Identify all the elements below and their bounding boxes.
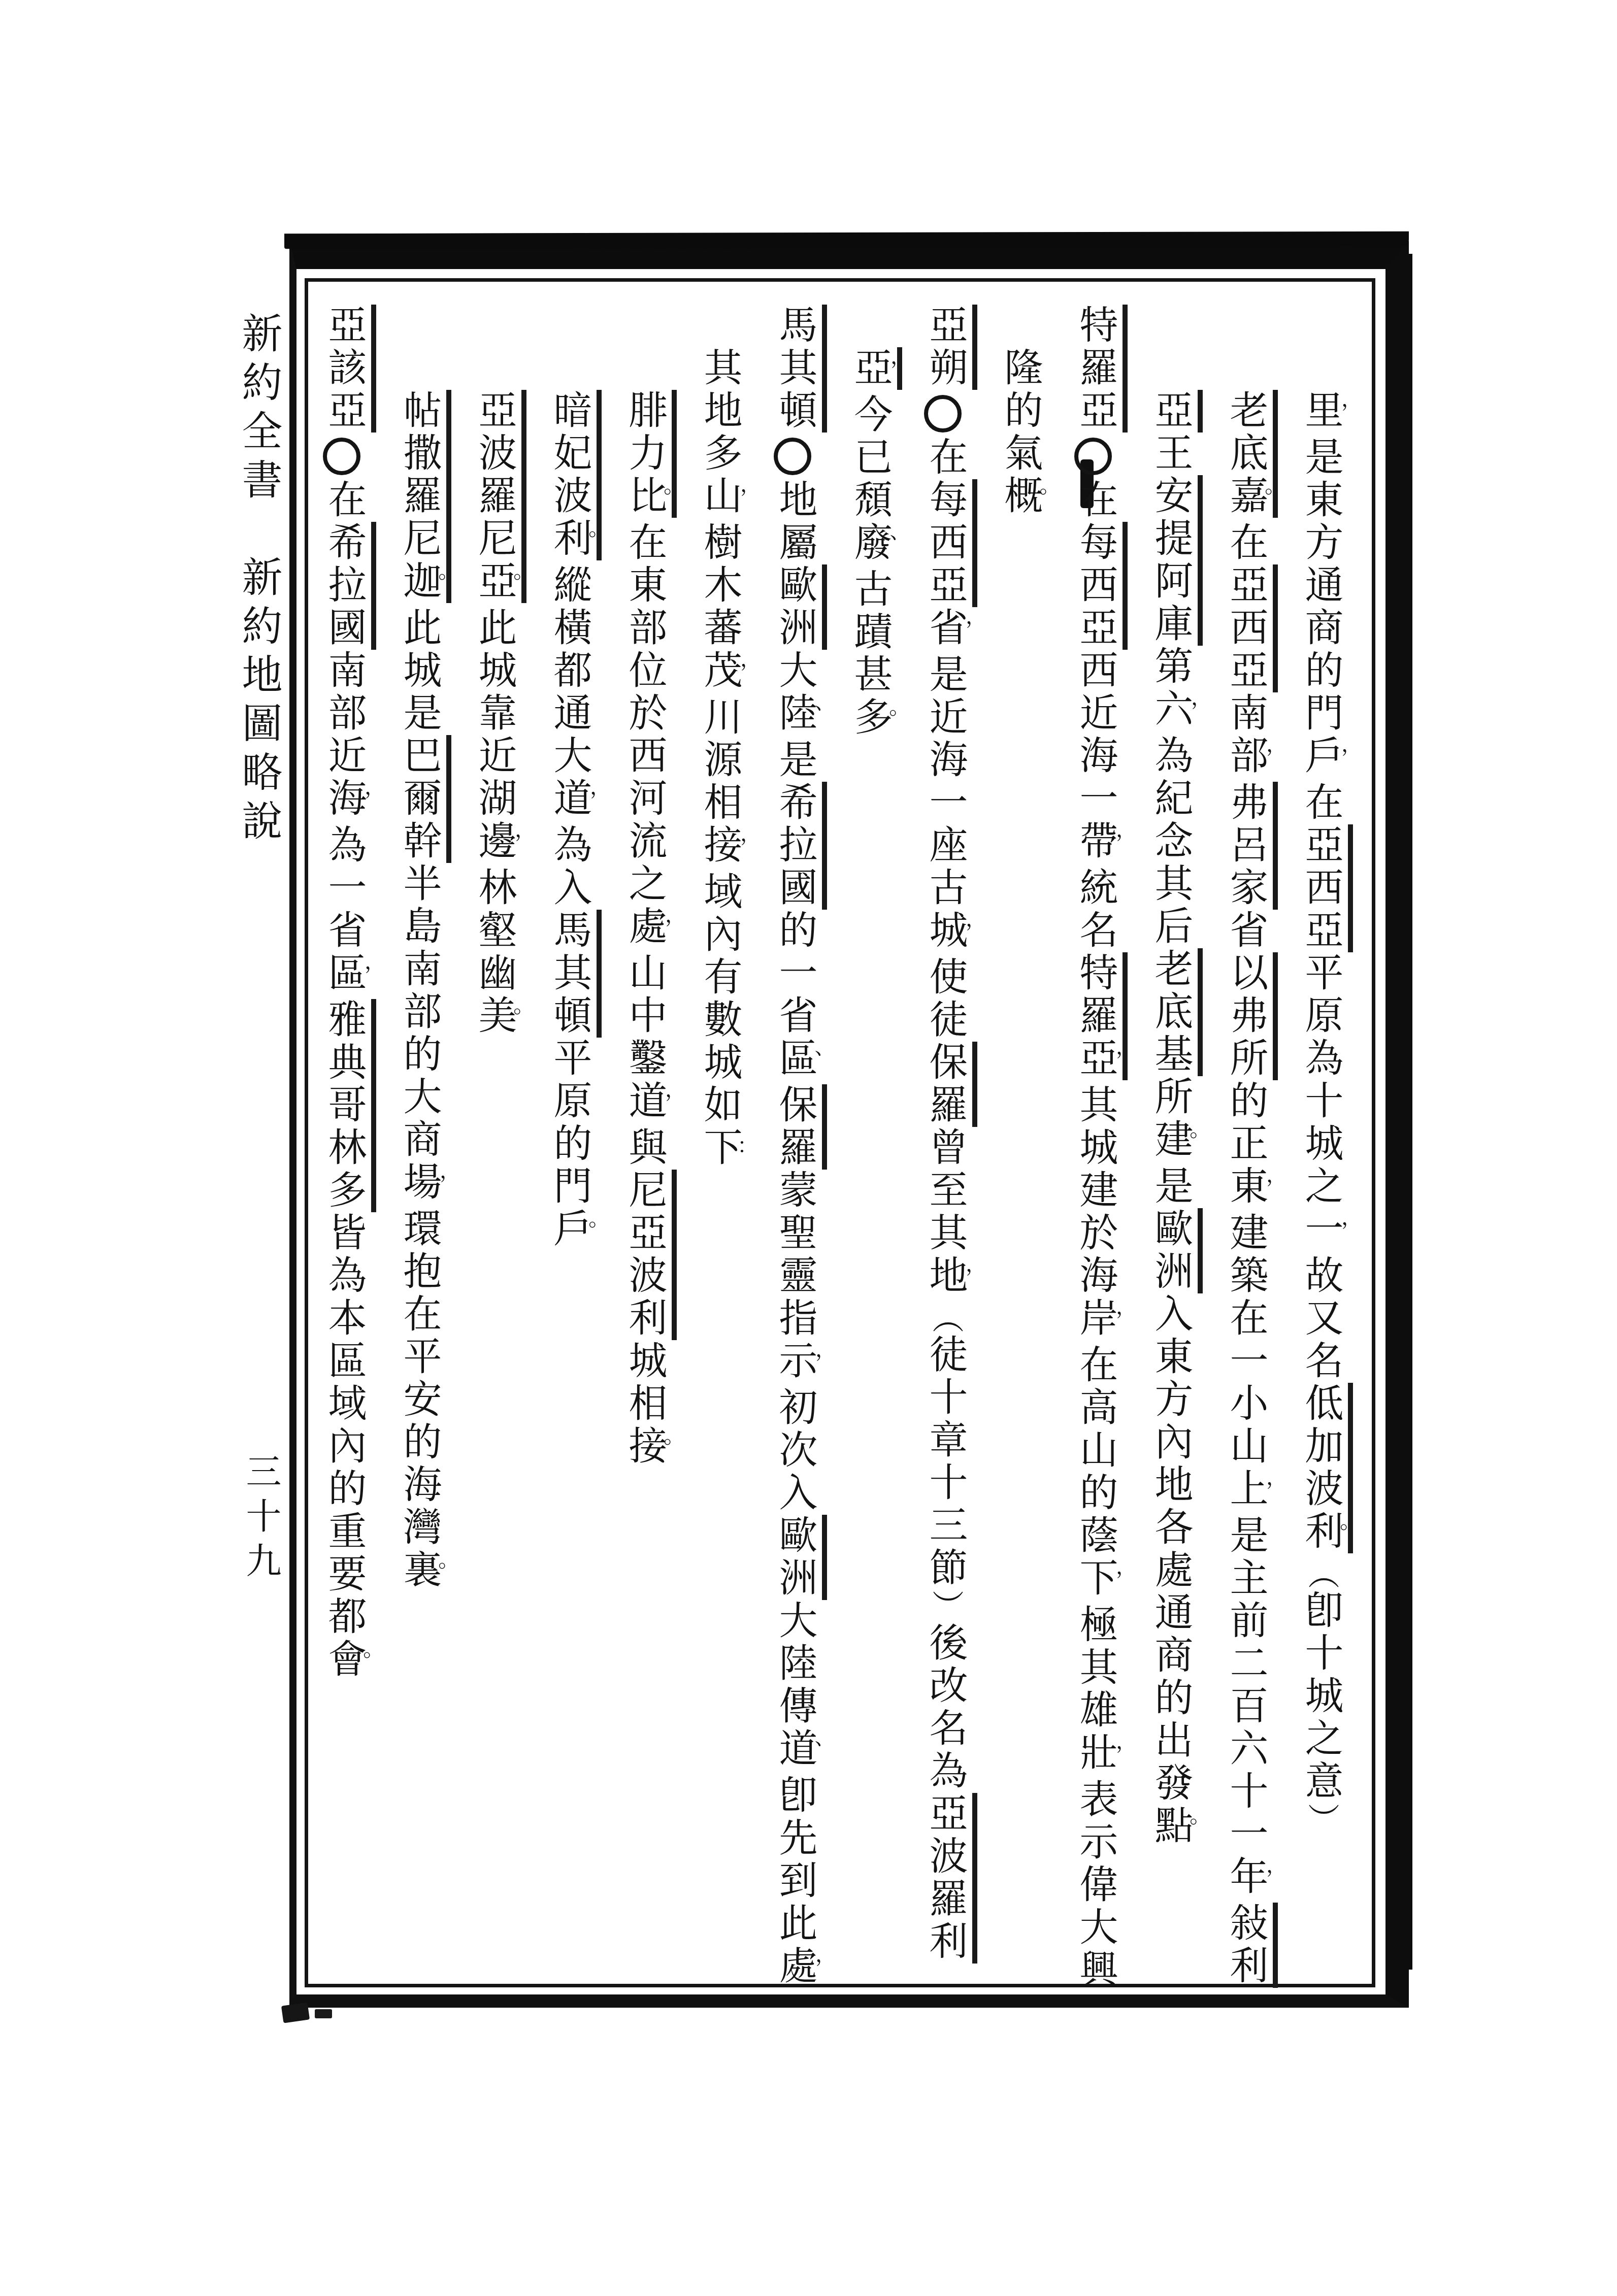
text-run: 初次入: [773, 1387, 816, 1515]
punctuation-mark: ，: [348, 964, 370, 986]
text-run: 環抱在平安的海灣裏: [398, 1208, 440, 1592]
text-run: 後改名為: [923, 1622, 966, 1793]
punctuation-mark: ，: [1250, 747, 1271, 769]
punctuation-mark: ，: [1325, 1220, 1346, 1242]
text-run: 卽十城之意: [1299, 1590, 1342, 1803]
proper-name-marked: 哥林多: [322, 1084, 376, 1212]
text-run: 使徒: [923, 956, 966, 1042]
proper-name-marked: 雅典: [322, 999, 376, 1084]
text-column-11: 暗妃波利。縱橫都通大道，為入馬其頓平原的門戶。: [541, 390, 616, 1255]
proper-name-marked: 馬其頓: [548, 910, 602, 1038]
text-run: 地屬: [773, 479, 816, 564]
proper-name-marked: 歐洲: [773, 564, 827, 650]
bracket: ）: [928, 1590, 962, 1622]
text-column-3: 亞王安提阿庫第六，為紀念其后老底基所建。是歐洲入東方內地各處通商的出發點。: [1142, 390, 1217, 1852]
punctuation-mark: ，: [1100, 1310, 1121, 1331]
punctuation-mark: ，: [1100, 833, 1121, 854]
punctuation-mark: ，: [1100, 1744, 1121, 1766]
text-run: 此城靠近湖邊: [473, 607, 515, 863]
text-run: 王: [1149, 432, 1192, 475]
proper-name-marked: 歐洲: [773, 1515, 827, 1600]
text-run: 皆為本區域內的重要都會: [322, 1212, 365, 1681]
punctuation-mark: 。: [1250, 487, 1271, 509]
proper-name-marked: 亞該亞: [322, 305, 376, 432]
text-run: 是東方通商的門戶: [1299, 437, 1342, 778]
text-run: 卽先到此處: [773, 1775, 816, 1988]
punctuation-mark: 、: [874, 534, 896, 555]
punctuation-mark: ，: [574, 790, 595, 811]
punctuation-mark: ，: [1250, 1178, 1271, 1199]
text-column-7: 亞，今已頹廢、古蹟甚多。: [841, 347, 916, 743]
text-run: 建築在一小山上: [1224, 1212, 1267, 1511]
text-run: 是: [773, 739, 816, 782]
punctuation-mark: ，: [649, 918, 670, 939]
proper-name-marked: 帖撒羅尼迦: [398, 390, 451, 603]
proper-name-marked: 每西亞: [1074, 522, 1128, 650]
punctuation-mark: ，: [1175, 701, 1196, 722]
text-column-12: 亞波羅尼亞。此城靠近湖邊，林壑幽美。: [466, 390, 541, 1042]
punctuation-mark: ，: [949, 922, 971, 943]
punctuation-mark: 。: [649, 1438, 670, 1459]
proper-name-marked: 安提阿庫: [1149, 475, 1203, 646]
text-run: 半島南部的大商場: [398, 863, 440, 1204]
text-run: 在: [1299, 782, 1342, 824]
entry-circle-separator: [1074, 438, 1112, 475]
punctuation-mark: ，: [1100, 1050, 1121, 1071]
section-title: 新約地圖略說: [236, 556, 280, 848]
punctuation-mark: 。: [499, 1007, 520, 1028]
ink-blot: [315, 2009, 332, 2018]
punctuation-mark: 。: [574, 530, 595, 551]
text-run: 是: [1149, 1166, 1192, 1208]
proper-name-marked: 亞: [1149, 390, 1203, 432]
bracket: （: [928, 1302, 962, 1334]
proper-name-marked: 尼亞波利: [623, 1170, 677, 1340]
punctuation-mark: ，: [499, 833, 520, 854]
proper-name-marked: 希拉國: [322, 522, 376, 650]
punctuation-mark: 。: [1175, 1131, 1196, 1152]
punctuation-mark: ，: [1325, 747, 1346, 769]
punctuation-mark: ，: [874, 359, 896, 381]
text-column-6: 亞朔在每西亞省，是近海一座古城，使徒保羅曾至其地，（徒十章十三節）後改名為亞波羅…: [916, 305, 992, 1964]
right-border-ink-smudge: [1399, 254, 1412, 1970]
punctuation-mark: ，: [949, 619, 971, 641]
punctuation-mark: 。: [574, 1220, 595, 1242]
punctuation-mark: ，: [1100, 1570, 1121, 1591]
ink-blot: [281, 2003, 310, 2023]
punctuation-mark: ，: [1250, 1868, 1271, 1889]
entry-circle-separator: [774, 438, 811, 475]
punctuation-mark: 。: [1325, 1523, 1346, 1544]
punctuation-mark: ，: [649, 1092, 670, 1114]
text-run: 是主前二百六十一年: [1224, 1515, 1267, 1899]
text-run: 統名: [1074, 867, 1116, 952]
text-run: 西近海一帶: [1074, 650, 1116, 863]
text-run: 蒙聖靈指示: [773, 1170, 816, 1383]
text-run: 平原的門戶: [548, 1038, 590, 1251]
proper-name-marked: 特羅亞: [1074, 305, 1128, 432]
proper-name-marked: 亞波羅尼亞: [473, 390, 526, 603]
text-run: 平原為十城之一: [1299, 952, 1342, 1251]
text-column-1: 里，是東方通商的門戶，在亞西亞平原為十城之一，故又名低加波利。（卽十城之意）: [1292, 390, 1367, 1836]
punctuation-mark: ，: [1250, 1480, 1271, 1502]
punctuation-mark: 。: [423, 1561, 445, 1583]
punctuation-mark: ，: [724, 662, 745, 683]
text-run: 此城是: [398, 607, 440, 735]
text-run: 故又名: [1299, 1255, 1342, 1383]
page-number: 三十九: [229, 1453, 290, 1587]
text-column-5: 隆的氣概。: [992, 347, 1067, 522]
bracket: ）: [1303, 1803, 1338, 1836]
proper-name-marked: 馬其頓: [773, 305, 827, 432]
punctuation-mark: 。: [423, 573, 445, 594]
proper-name-marked: 保羅: [773, 1084, 827, 1170]
punctuation-mark: ，: [724, 837, 745, 858]
text-run: 為紀念其后: [1149, 735, 1192, 948]
text-column-13: 帖撒羅尼迦。此城是巴爾幹半島南部的大商場，環抱在平安的海灣裏。: [390, 390, 466, 1596]
punctuation-mark: ，: [1325, 402, 1346, 423]
text-column-14: 亞該亞在希拉國南部近海，為一省區，雅典哥林多皆為本區域內的重要都會。: [315, 305, 390, 1685]
text-run: 在高山的蔭下: [1074, 1344, 1116, 1600]
proper-name-marked: 敍利: [1224, 1903, 1278, 1988]
text-run: 是近海一座古城: [923, 654, 966, 952]
bracket: （: [1303, 1557, 1338, 1590]
punctuation-mark: ，: [799, 1957, 820, 1979]
proper-name-marked: 保羅: [923, 1042, 977, 1127]
proper-name-marked: 亞西亞: [1299, 824, 1353, 952]
punctuation-mark: 、: [799, 705, 820, 726]
text-run: 在: [322, 479, 365, 522]
scanned-book-page: 里，是東方通商的門戶，在亞西亞平原為十城之一，故又名低加波利。（卽十城之意）老底…: [0, 0, 1617, 2296]
punctuation-mark: 。: [649, 487, 670, 509]
text-column-10: 腓力比。在東部位於西河流之處，山中鑿道，與尼亞波利城相接。: [616, 390, 691, 1472]
text-column-2: 老底嘉。在亞西亞南部，弗呂家省以弗所的正東，建築在一小山上，是主前二百六十一年，…: [1217, 390, 1292, 1988]
text-run: 其城建於海岸: [1074, 1084, 1116, 1340]
proper-name-marked: 希拉國: [773, 782, 827, 910]
punctuation-mark: 。: [1025, 487, 1046, 509]
text-column-9: 其地多山，樹木蕃茂，川源相接，域內有數城如下：: [691, 347, 766, 1174]
proper-name-marked: 以弗所: [1224, 952, 1278, 1080]
proper-name-marked: 歐洲: [1149, 1208, 1203, 1293]
punctuation-mark: ：: [724, 1139, 745, 1160]
entry-circle-separator: [323, 438, 360, 475]
margin-title-column: 新約全書新約地圖略說: [227, 312, 288, 848]
text-column-8: 馬其頓地屬歐洲大陸、是希拉國的一省區、保羅蒙聖靈指示，初次入歐洲大陸傳道、卽先到…: [766, 305, 841, 1992]
text-column-4: 特羅亞在每西亞西近海一帶，統名特羅亞，其城建於海岸，在高山的蔭下，極其雄壯，表示…: [1067, 305, 1142, 1992]
proper-name-marked: 亞西亞: [1224, 564, 1278, 692]
punctuation-mark: 。: [874, 709, 896, 730]
punctuation-mark: 。: [348, 1651, 370, 1672]
punctuation-mark: ，: [348, 790, 370, 811]
proper-name-marked: 亞朔: [923, 305, 977, 390]
punctuation-mark: ，: [423, 1174, 445, 1195]
text-run: 與: [623, 1127, 666, 1170]
punctuation-mark: 、: [799, 1740, 820, 1761]
punctuation-mark: ，: [799, 1352, 820, 1374]
text-run: 表示偉大興: [1074, 1779, 1116, 1992]
entry-circle-separator: [924, 395, 962, 432]
punctuation-mark: 。: [499, 573, 520, 594]
text-run: 入東方內地各處通商的出發點: [1149, 1293, 1192, 1848]
text-run: 在東部位於西河流之處: [623, 522, 666, 948]
text-run: 在: [923, 437, 966, 479]
proper-name-marked: 每西亞: [923, 479, 977, 607]
punctuation-mark: 。: [1175, 1817, 1196, 1839]
top-border-ink-smudge: [284, 231, 1409, 249]
text-run: 為入: [548, 824, 590, 910]
proper-name-marked: 老底基: [1149, 948, 1203, 1076]
text-run: 徒十章十三節: [923, 1334, 966, 1590]
proper-name-marked: 巴爾幹: [398, 735, 451, 863]
punctuation-mark: 、: [799, 1050, 820, 1071]
proper-name-marked: 亞波羅利: [923, 1793, 977, 1964]
text-run: 域內有數城如下: [698, 871, 741, 1170]
punctuation-mark: ，: [949, 1267, 971, 1288]
punctuation-mark: ，: [724, 487, 745, 509]
book-title: 新約全書: [236, 312, 280, 507]
proper-name-marked: 弗呂家: [1224, 782, 1278, 910]
text-run: 在: [1224, 522, 1267, 564]
text-run: 省: [1224, 910, 1267, 952]
text-run: 縱橫都通大道: [548, 564, 590, 820]
text-run: 在: [1074, 479, 1116, 522]
